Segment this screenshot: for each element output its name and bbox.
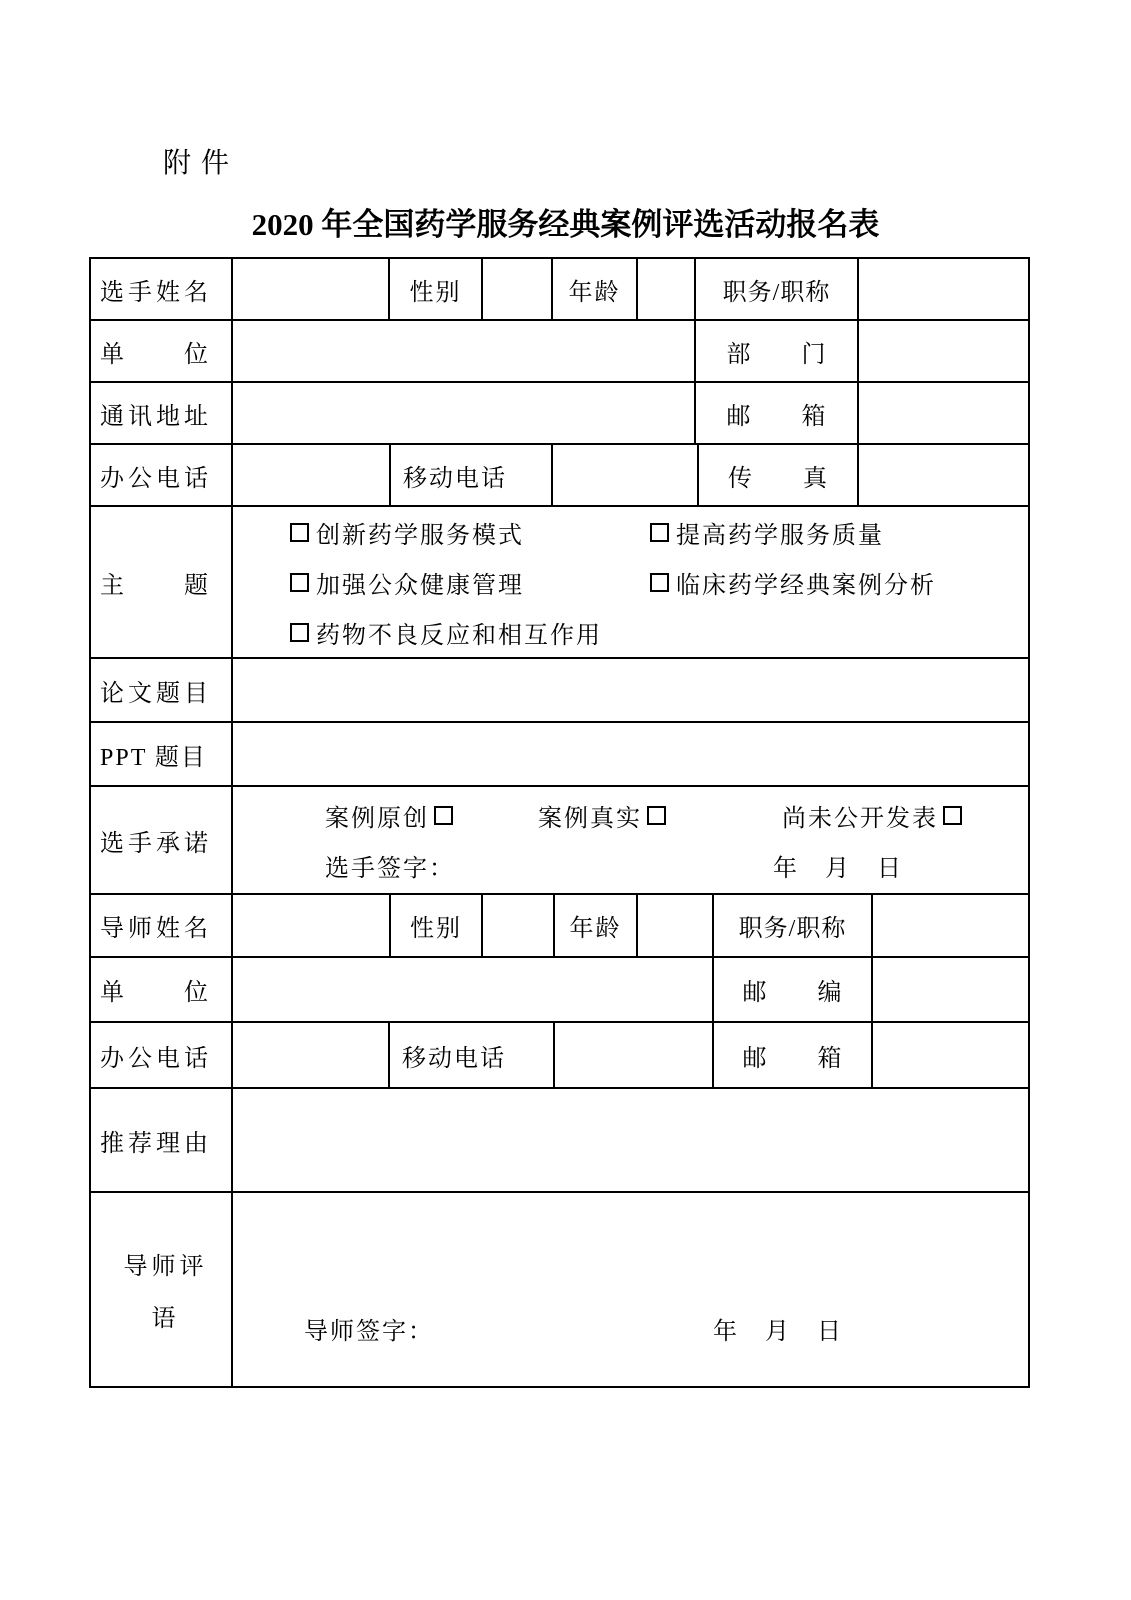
ppt-title-label: PPT 题目 <box>91 723 233 787</box>
contestant-address-label: 通讯地址 <box>91 383 233 445</box>
mentor-unit-label: 单 位 <box>91 958 233 1023</box>
mentor-mobile-field[interactable] <box>555 1023 714 1089</box>
pledge-option3-checkbox[interactable] <box>943 806 962 825</box>
mentor-email-label: 邮 箱 <box>714 1023 873 1089</box>
contestant-gender-field[interactable] <box>483 259 553 321</box>
ppt-title-field[interactable] <box>233 723 1030 787</box>
mentor-comment-row: 导师评 语 导师签字： 年 月 日 <box>91 1193 1030 1388</box>
contestant-email-field[interactable] <box>859 383 1030 445</box>
recommendation-label: 推荐理由 <box>91 1089 233 1193</box>
mentor-comment-label: 导师评 语 <box>91 1193 233 1388</box>
paper-title-row: 论文题目 <box>91 659 1030 723</box>
contestant-age-field[interactable] <box>638 259 696 321</box>
mentor-job-label: 职务/职称 <box>714 895 873 958</box>
contestant-gender-label: 性别 <box>390 259 483 321</box>
contestant-signature-label: 选手签字： <box>325 848 455 883</box>
pledge-option3-label: 尚未公开发表 <box>782 798 938 833</box>
contestant-job-label: 职务/职称 <box>696 259 859 321</box>
theme-option1-checkbox[interactable] <box>290 523 309 542</box>
registration-table: 选手姓名 性别 年龄 职务/职称 单 位 部 门 通讯地址 邮 箱 办公电话 <box>89 257 1030 1388</box>
mentor-office-phone-label: 办公电话 <box>91 1023 233 1089</box>
contestant-address-row: 通讯地址 邮 箱 <box>91 383 1030 445</box>
mentor-gender-field[interactable] <box>483 895 555 958</box>
contestant-age-label: 年龄 <box>553 259 638 321</box>
mentor-comment-label-line2: 语 <box>152 1290 180 1342</box>
pledge-option1-label: 案例原创 <box>325 798 429 833</box>
mentor-comment-field[interactable]: 导师签字： 年 月 日 <box>233 1193 1030 1388</box>
recommendation-field[interactable] <box>233 1089 1030 1193</box>
theme-line-1: 创新药学服务模式 提高药学服务质量 <box>233 507 1028 557</box>
pledge-option1-checkbox[interactable] <box>434 806 453 825</box>
mentor-comment-label-line1: 导师评 <box>124 1238 208 1290</box>
contestant-unit-field[interactable] <box>233 321 696 383</box>
mentor-phone-row: 办公电话 移动电话 邮 箱 <box>91 1023 1030 1089</box>
contestant-office-phone-field[interactable] <box>233 445 391 507</box>
theme-option4-label: 临床药学经典案例分析 <box>676 565 936 600</box>
ppt-title-row: PPT 题目 <box>91 723 1030 787</box>
contestant-unit-row: 单 位 部 门 <box>91 321 1030 383</box>
paper-title-field[interactable] <box>233 659 1030 723</box>
pledge-label: 选手承诺 <box>91 787 233 895</box>
contestant-fax-label: 传 真 <box>699 445 859 507</box>
mentor-office-phone-field[interactable] <box>233 1023 390 1089</box>
mentor-name-field[interactable] <box>233 895 391 958</box>
recommendation-row: 推荐理由 <box>91 1089 1030 1193</box>
theme-label: 主 题 <box>91 507 233 659</box>
mentor-email-field[interactable] <box>873 1023 1030 1089</box>
theme-option5-checkbox[interactable] <box>290 623 309 642</box>
mentor-zip-label: 邮 编 <box>714 958 873 1023</box>
paper-title-label: 论文题目 <box>91 659 233 723</box>
theme-row: 主 题 创新药学服务模式 提高药学服务质量 加强公众健康管理 <box>91 507 1030 659</box>
contestant-job-field[interactable] <box>859 259 1030 321</box>
contestant-name-label: 选手姓名 <box>91 259 233 321</box>
pledge-option2-label: 案例真实 <box>538 798 642 833</box>
form-title: 2020 年全国药学服务经典案例评选活动报名表 <box>0 199 1131 244</box>
mentor-job-field[interactable] <box>873 895 1030 958</box>
contestant-dept-field[interactable] <box>859 321 1030 383</box>
contestant-phone-row: 办公电话 移动电话 传 真 <box>91 445 1030 507</box>
theme-line-2: 加强公众健康管理 临床药学经典案例分析 <box>233 557 1028 607</box>
mentor-gender-label: 性别 <box>391 895 483 958</box>
mentor-unit-row: 单 位 邮 编 <box>91 958 1030 1023</box>
contestant-fax-field[interactable] <box>859 445 1030 507</box>
theme-option5-label: 药物不良反应和相互作用 <box>316 615 602 650</box>
contestant-address-field[interactable] <box>233 383 696 445</box>
mentor-name-row: 导师姓名 性别 年龄 职务/职称 <box>91 895 1030 958</box>
mentor-age-field[interactable] <box>638 895 714 958</box>
pledge-row: 选手承诺 案例原创 案例真实 尚未公开发表 <box>91 787 1030 895</box>
contestant-dept-label: 部 门 <box>696 321 859 383</box>
contestant-name-field[interactable] <box>233 259 390 321</box>
theme-option2-checkbox[interactable] <box>650 523 669 542</box>
pledge-options-line: 案例原创 案例真实 尚未公开发表 <box>233 790 1028 840</box>
mentor-name-label: 导师姓名 <box>91 895 233 958</box>
theme-line-3: 药物不良反应和相互作用 <box>233 607 1028 657</box>
theme-option3-label: 加强公众健康管理 <box>316 565 524 600</box>
mentor-signature-label: 导师签字： <box>304 1311 434 1346</box>
mentor-zip-field[interactable] <box>873 958 1030 1023</box>
theme-option3-checkbox[interactable] <box>290 573 309 592</box>
attachment-label: 附件 <box>163 141 239 181</box>
mentor-age-label: 年龄 <box>555 895 638 958</box>
pledge-option2-checkbox[interactable] <box>647 806 666 825</box>
contestant-name-row: 选手姓名 性别 年龄 职务/职称 <box>91 259 1030 321</box>
theme-option4-checkbox[interactable] <box>650 573 669 592</box>
mentor-mobile-label: 移动电话 <box>390 1023 555 1089</box>
pledge-date-label: 年 月 日 <box>773 848 903 883</box>
mentor-date-label: 年 月 日 <box>713 1311 843 1346</box>
mentor-unit-field[interactable] <box>233 958 714 1023</box>
contestant-email-label: 邮 箱 <box>696 383 859 445</box>
contestant-mobile-field[interactable] <box>553 445 699 507</box>
contestant-mobile-label: 移动电话 <box>391 445 553 507</box>
contestant-office-phone-label: 办公电话 <box>91 445 233 507</box>
theme-option1-label: 创新药学服务模式 <box>316 515 524 550</box>
theme-option2-label: 提高药学服务质量 <box>676 515 884 550</box>
pledge-signature-line: 选手签字： 年 月 日 <box>233 840 1028 890</box>
contestant-unit-label: 单 位 <box>91 321 233 383</box>
